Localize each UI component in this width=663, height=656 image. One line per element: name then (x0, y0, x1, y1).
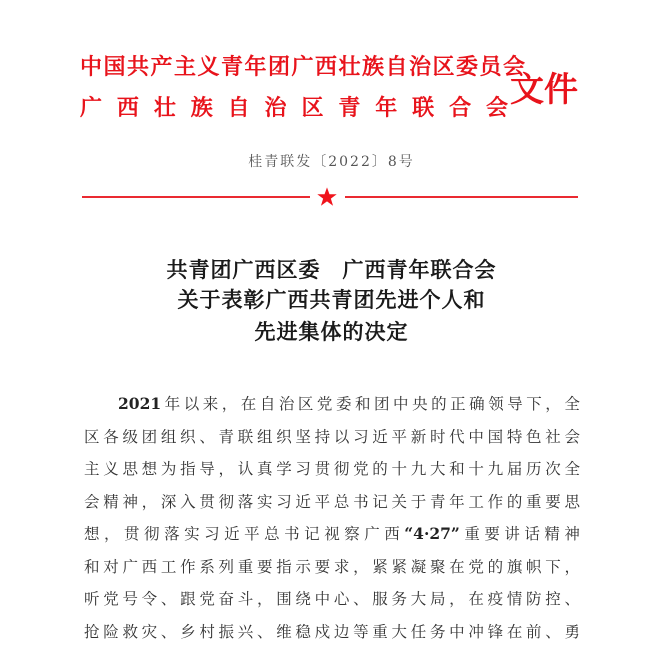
issuer-line-2-char: 区 (301, 93, 323, 123)
issuer-line-2-char: 自 (228, 93, 250, 123)
body-line: 区各级团组织、青联组织坚持以习近平新时代中国特色社会 (84, 421, 580, 453)
red-divider-right (345, 196, 578, 198)
document-page: 中国共产主义青年团广西壮族自治区委员会 广西壮族自治区青年联合会 文件 桂青联发… (0, 0, 663, 656)
document-title-line-3: 先进集体的决定 (0, 316, 663, 348)
title-issuer-2: 广西青年联合会 (343, 257, 497, 282)
issuer-line-2-char: 治 (265, 93, 287, 123)
issuer-line-2-char: 会 (486, 93, 508, 123)
document-number: 桂青联发〔2022〕8号 (0, 151, 663, 173)
document-title-line-2: 关于表彰广西共青团先进个人和 (0, 284, 663, 316)
issuer-line-2-char: 合 (449, 93, 471, 123)
body-line: 主义思想为指导，认真学习贯彻党的十九大和十九届历次全 (84, 453, 580, 485)
body-line: 想，贯彻落实习近平总书记视察广西“4·27”重要讲话精神 (84, 518, 580, 550)
issuer-line-2-char: 西 (117, 93, 139, 123)
document-title-line-1: 共青团广西区委广西青年联合会 (0, 254, 663, 286)
issuer-line-2-char: 族 (191, 93, 213, 123)
body-line: 听党号令、跟党奋斗，围绕中心、服务大局，在疫情防控、 (84, 583, 580, 615)
document-type-label: 文件 (510, 68, 578, 112)
star-icon (316, 186, 338, 208)
red-divider-left (82, 196, 310, 198)
issuer-line-2: 广西壮族自治区青年联合会 (80, 93, 508, 123)
issuer-line-2-char: 联 (412, 93, 434, 123)
title-issuer-1: 共青团广西区委 (167, 257, 321, 282)
issuer-line-2-char: 广 (80, 93, 102, 123)
body-line: 抢险救灾、乡村振兴、维稳戍边等重大任务中冲锋在前、勇 (84, 616, 580, 648)
issuer-line-2-char: 青 (338, 93, 360, 123)
body-line: 和对广西工作系列重要指示要求，紧紧凝聚在党的旗帜下， (84, 551, 580, 583)
body-line: 会精神，深入贯彻落实习近平总书记关于青年工作的重要思 (84, 486, 580, 518)
issuer-line-2-char: 壮 (154, 93, 176, 123)
body-line: 2021年以来，在自治区党委和团中央的正确领导下，全 (118, 388, 580, 420)
issuer-line-1: 中国共产主义青年团广西壮族自治区委员会 (80, 52, 510, 82)
issuer-line-2-char: 年 (375, 93, 397, 123)
